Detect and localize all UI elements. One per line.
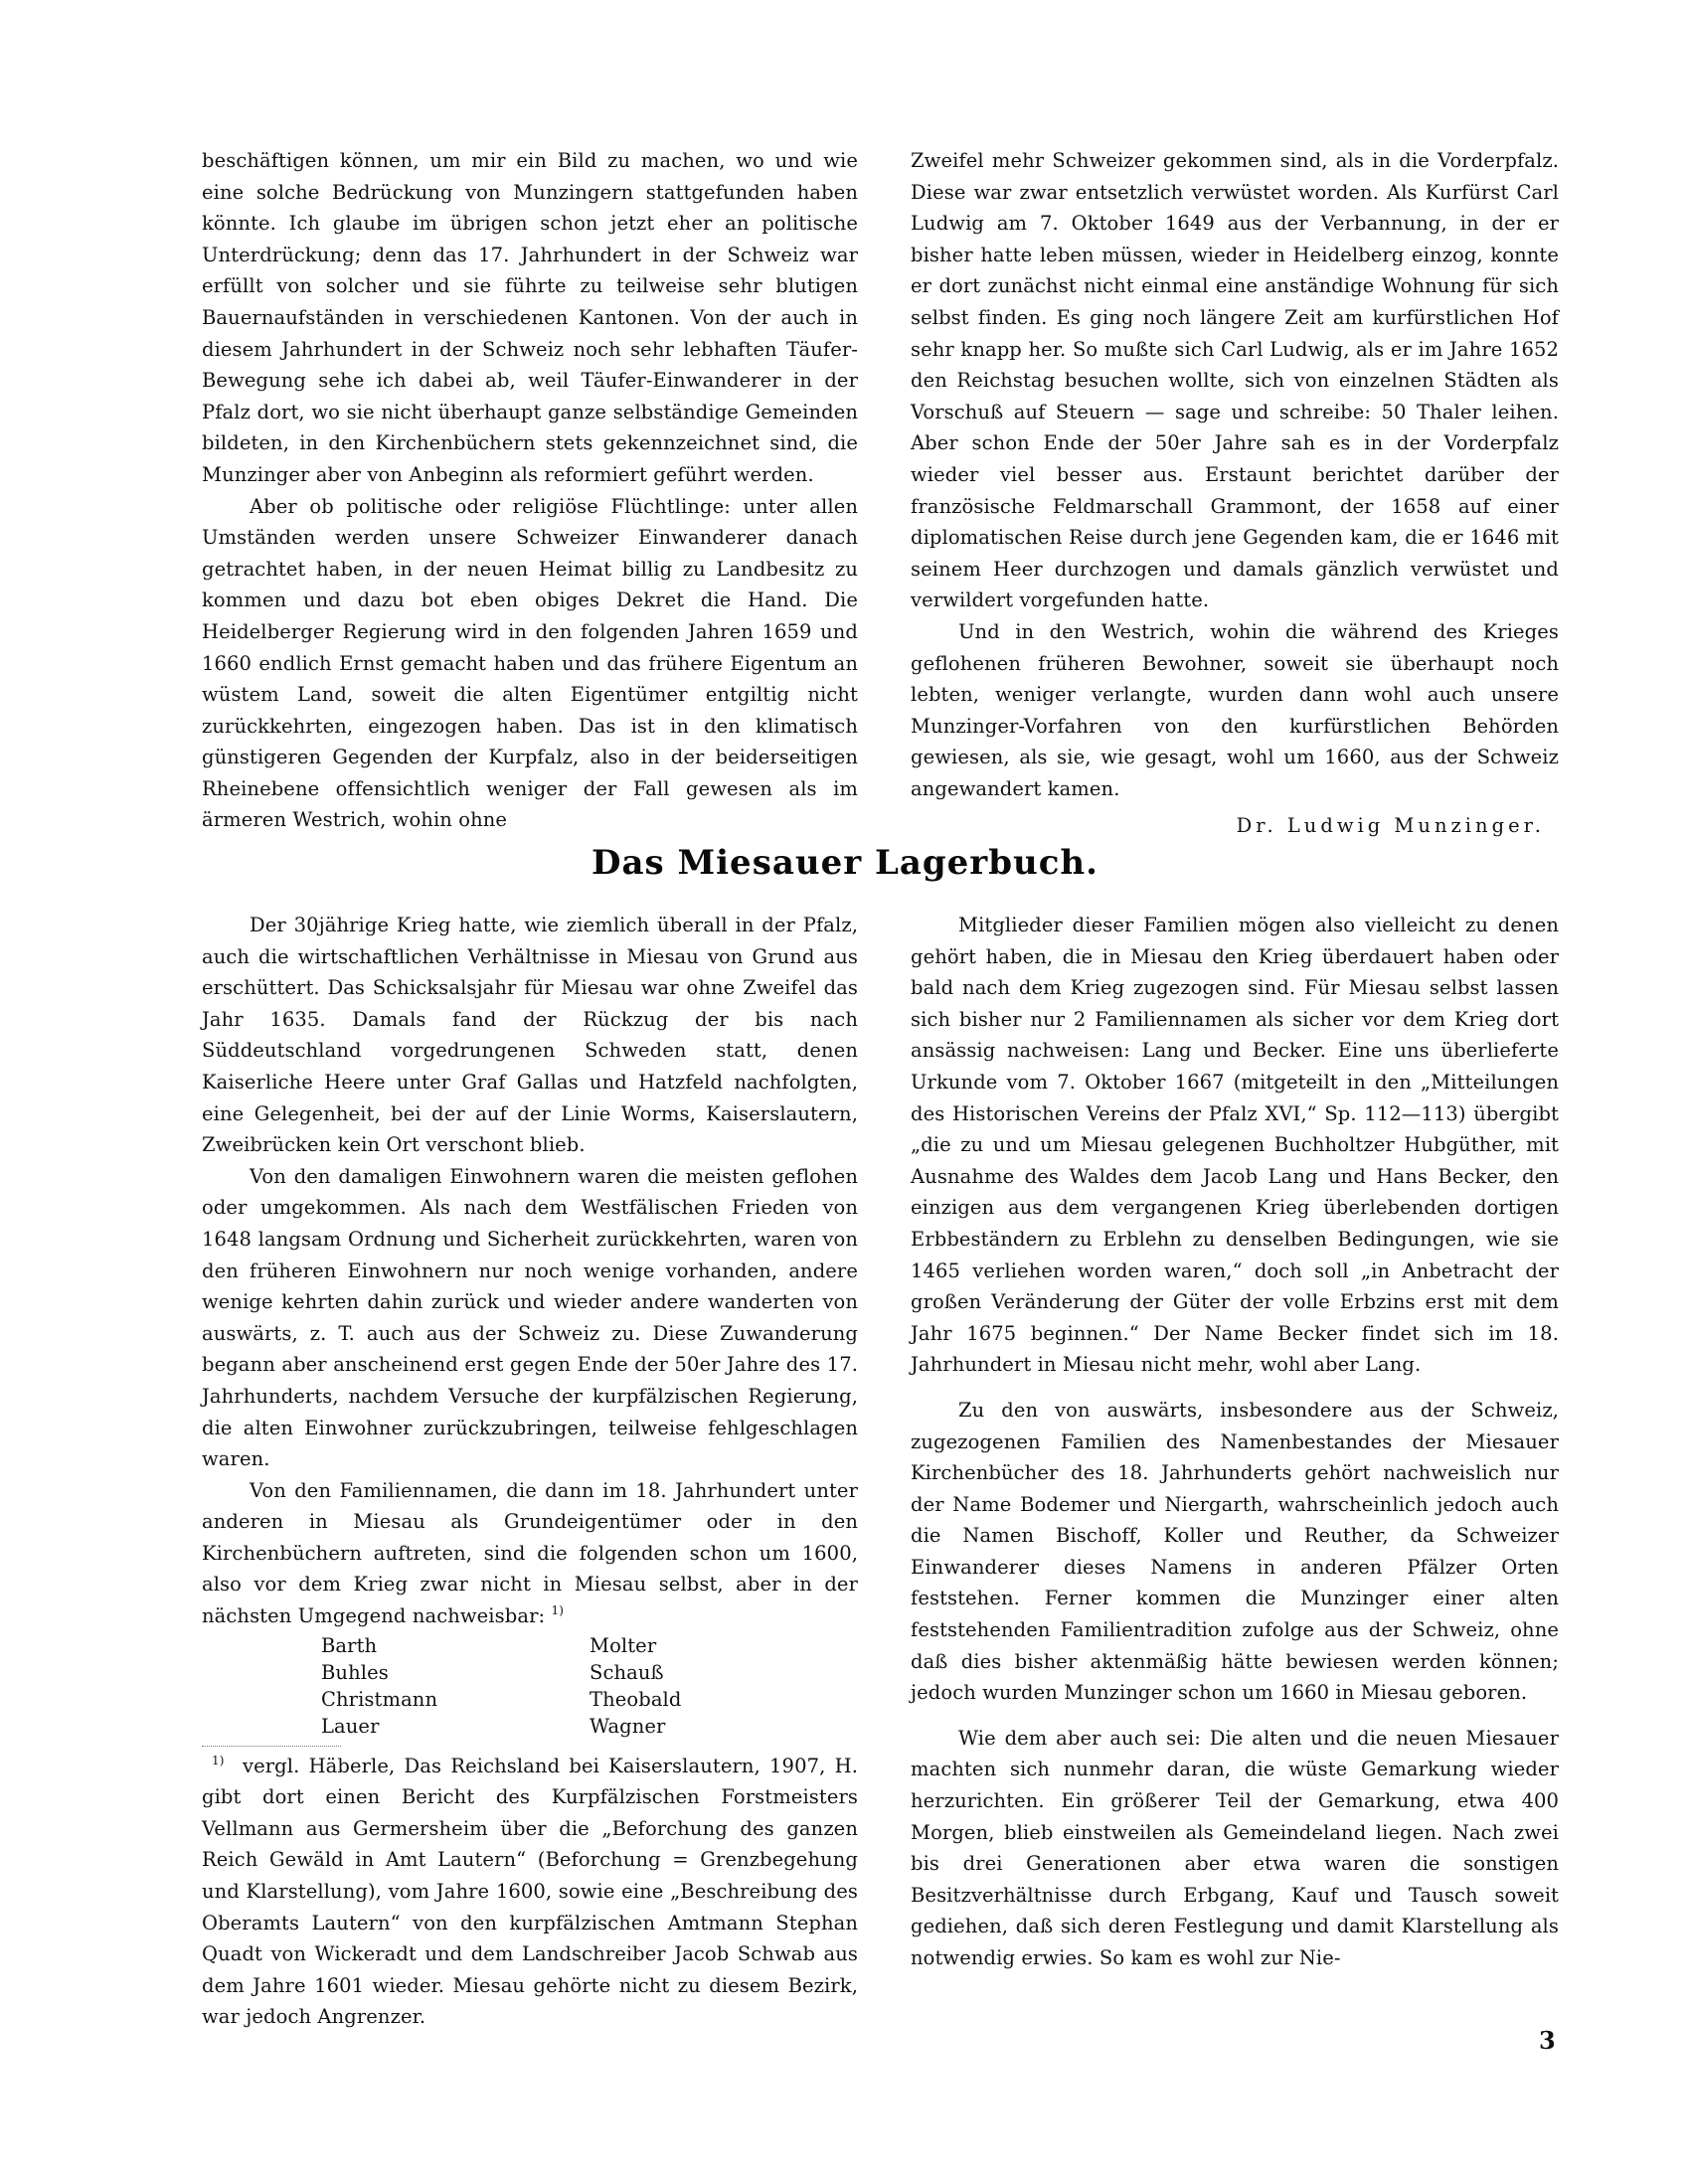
family-name: Lauer: [321, 1713, 590, 1740]
paragraph: Zweifel mehr Schweizer gekommen sind, al…: [911, 145, 1559, 616]
author-signature: Dr. Ludwig Munzinger.: [911, 810, 1559, 842]
previous-article-right-column: Zweifel mehr Schweizer gekommen sind, al…: [911, 145, 1559, 842]
family-name: Buhles: [321, 1659, 590, 1686]
paragraph: Von den Familiennamen, die dann im 18. J…: [202, 1475, 858, 1632]
footnote-marker: 1): [212, 1754, 225, 1767]
footnote-divider: [202, 1746, 341, 1747]
family-name: Barth: [321, 1632, 590, 1659]
family-name: Christmann: [321, 1686, 590, 1713]
family-name: Schauß: [590, 1659, 858, 1686]
paragraph: Von den damaligen Einwohnern waren die m…: [202, 1161, 858, 1475]
article-right-column: Mitglieder dieser Familien mögen also vi…: [911, 910, 1559, 1974]
footnote-reference: 1): [551, 1603, 564, 1617]
paragraph: Und in den Westrich, wohin die während d…: [911, 616, 1559, 805]
article-title: Das Miesauer Lagerbuch.: [0, 843, 1690, 883]
page-number: 3: [1539, 2026, 1556, 2055]
paragraph: Zu den von auswärts, insbesondere aus de…: [911, 1395, 1559, 1709]
family-name: Molter: [590, 1632, 858, 1659]
previous-article-left-column: beschäftigen können, um mir ein Bild zu …: [202, 145, 858, 836]
family-name: Wagner: [590, 1713, 858, 1740]
article-left-column: Der 30jährige Krieg hatte, wie ziemlich …: [202, 910, 858, 2033]
paragraph: Der 30jährige Krieg hatte, wie ziemlich …: [202, 910, 858, 1161]
paragraph-text: Von den Familiennamen, die dann im 18. J…: [202, 1479, 858, 1627]
footnote: 1) vergl. Häberle, Das Reichsland bei Ka…: [202, 1751, 858, 2033]
paragraph: Wie dem aber auch sei: Die alten und die…: [911, 1723, 1559, 1974]
paragraph: Mitglieder dieser Familien mögen also vi…: [911, 910, 1559, 1381]
paragraph: beschäftigen können, um mir ein Bild zu …: [202, 145, 858, 491]
paragraph: Aber ob politische oder religiöse Flücht…: [202, 491, 858, 837]
family-name: Theobald: [590, 1686, 858, 1713]
family-names-list: Barth Molter Buhles Schauß Christmann Th…: [202, 1632, 858, 1740]
footnote-text: vergl. Häberle, Das Reichsland bei Kaise…: [202, 1755, 858, 2029]
